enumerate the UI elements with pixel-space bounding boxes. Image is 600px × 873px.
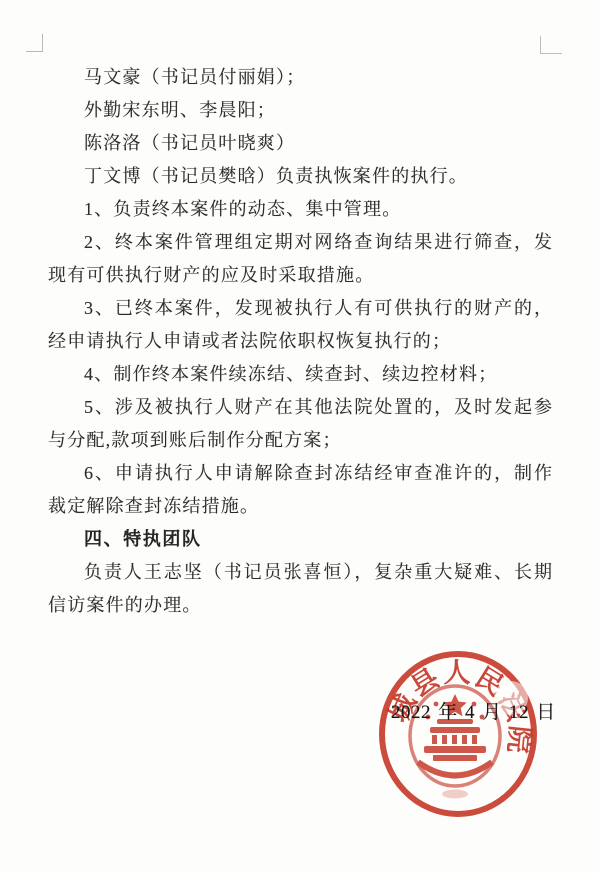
document-body: 马文豪（书记员付丽娟）；外勤宋东明、李晨阳；陈洛洛（书记员叶晓爽）丁文博（书记员… bbox=[0, 0, 600, 622]
text-line: 信访案件的办理。 bbox=[48, 589, 552, 622]
text-line: 2、终本案件管理组定期对网络查询结果进行筛查，发 bbox=[48, 226, 552, 259]
text-line: 陈洛洛（书记员叶晓爽） bbox=[48, 127, 552, 160]
text-line: 现有可供执行财产的应及时采取措施。 bbox=[48, 259, 552, 292]
seal-graphic: 蒲城县人民法院 bbox=[358, 634, 558, 834]
text-line: 外勤宋东明、李晨阳； bbox=[48, 94, 552, 127]
document-page: 马文豪（书记员付丽娟）；外勤宋东明、李晨阳；陈洛洛（书记员叶晓爽）丁文博（书记员… bbox=[0, 0, 600, 873]
text-line: 丁文博（书记员樊晗）负责执恢案件的执行。 bbox=[48, 160, 552, 193]
seal-date-text: 2022 年 4 月 12 日 bbox=[391, 697, 556, 724]
text-line: 马文豪（书记员付丽娟）； bbox=[48, 61, 552, 94]
text-line: 1、负责终本案件的动态、集中管理。 bbox=[48, 193, 552, 226]
text-line: 6、申请执行人申请解除查封冻结经审查准许的，制作 bbox=[48, 457, 552, 490]
official-seal: 蒲城县人民法院 bbox=[358, 634, 558, 834]
text-line: 5、涉及被执行人财产在其他法院处置的，及时发起参 bbox=[48, 391, 552, 424]
text-line: 3、已终本案件，发现被执行人有可供执行的财产的， bbox=[48, 292, 552, 325]
text-line: 经申请执行人申请或者法院依职权恢复执行的； bbox=[48, 325, 552, 358]
text-line: 裁定解除查封冻结措施。 bbox=[48, 490, 552, 523]
text-line: 与分配,款项到账后制作分配方案； bbox=[48, 424, 552, 457]
text-line: 负责人王志坚（书记员张喜恒），复杂重大疑难、长期 bbox=[48, 556, 552, 589]
text-line: 4、制作终本案件续冻结、续查封、续边控材料； bbox=[48, 358, 552, 391]
heading-line: 四、特执团队 bbox=[48, 523, 552, 556]
